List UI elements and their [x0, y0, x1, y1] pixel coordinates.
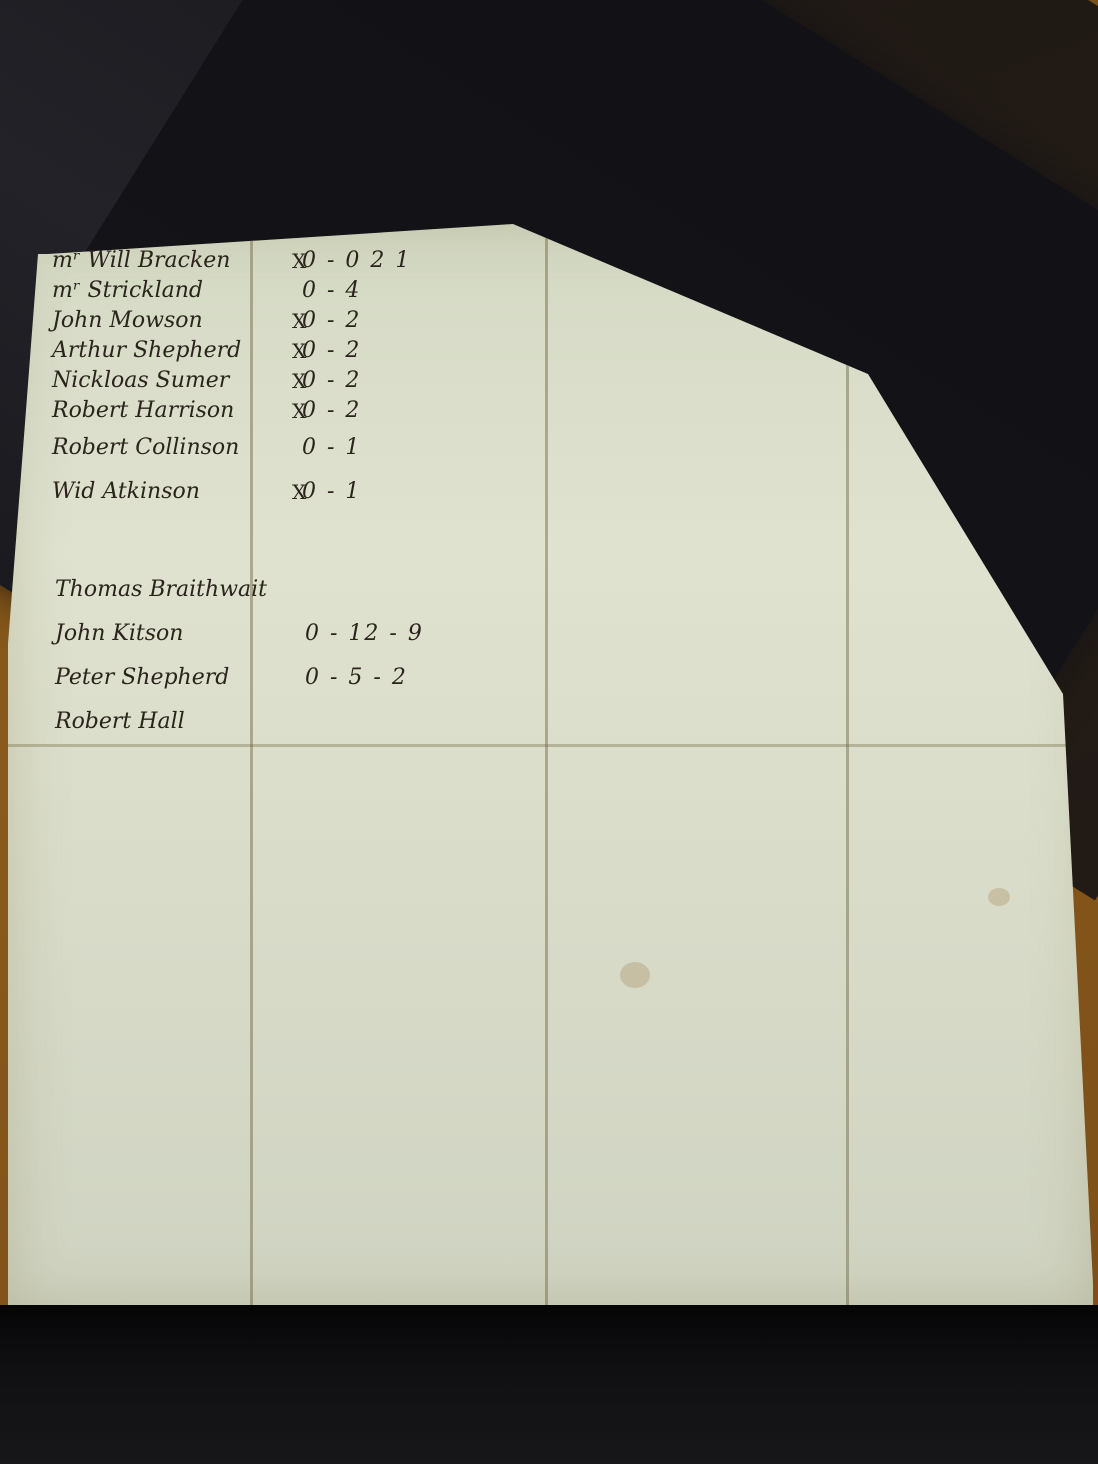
entry-name: Wid Atkinson — [52, 470, 200, 514]
entry-amount: 0 - 2 — [302, 336, 361, 366]
fold-line-vertical-2 — [545, 224, 548, 1309]
entry-amount: 0 - 4 — [302, 276, 361, 306]
ledger-section-1: mʳ Will Bracken X 0 - 0 2 1 mʳ Stricklan… — [52, 246, 512, 514]
fold-line-horizontal — [8, 744, 1093, 747]
paper-stain — [620, 962, 650, 988]
entry-name: Thomas Braithwait — [55, 568, 267, 612]
ledger-entry: mʳ Will Bracken X 0 - 0 2 1 — [52, 246, 512, 276]
photo-scene: mʳ Will Bracken X 0 - 0 2 1 mʳ Stricklan… — [0, 0, 1098, 1464]
entry-name: Nickloas Sumer — [52, 366, 229, 396]
ledger-entry: Arthur Shepherd X 0 - 2 — [52, 336, 512, 366]
entry-amount: 0 - 1 — [302, 470, 361, 514]
ledger-entry: Robert Collinson 0 - 1 — [52, 426, 512, 470]
entry-amount: 0 - 12 - 9 — [305, 612, 424, 656]
ledger-entry: Robert Harrison X 0 - 2 — [52, 396, 512, 426]
foam-support-bottom — [0, 1305, 1098, 1464]
fold-line-vertical-3 — [846, 224, 849, 1309]
entry-amount: 0 - 5 - 2 — [305, 656, 408, 700]
paper-stain — [988, 888, 1010, 906]
ledger-section-2: Thomas Braithwait John Kitson 0 - 12 - 9… — [55, 568, 535, 744]
ledger-entry: Nickloas Sumer X 0 - 2 — [52, 366, 512, 396]
ledger-entry: John Kitson 0 - 12 - 9 — [55, 612, 535, 656]
entry-name: Arthur Shepherd — [52, 336, 241, 366]
entry-name: Robert Collinson — [52, 426, 239, 470]
entry-name: Peter Shepherd — [55, 656, 229, 700]
entry-amount: 0 - 2 — [302, 366, 361, 396]
ledger-entry: John Mowson X 0 - 2 — [52, 306, 512, 336]
ledger-entry: mʳ Strickland 0 - 4 — [52, 276, 512, 306]
entry-name: mʳ Strickland — [52, 276, 203, 306]
ledger-entry: Wid Atkinson X 0 - 1 — [52, 470, 512, 514]
entry-amount: 0 - 0 2 1 — [302, 246, 411, 276]
ledger-entry: Peter Shepherd 0 - 5 - 2 — [55, 656, 535, 700]
entry-amount: 0 - 2 — [302, 396, 361, 426]
entry-name: John Mowson — [52, 306, 203, 336]
entry-name: Robert Hall — [55, 700, 185, 744]
entry-name: Robert Harrison — [52, 396, 234, 426]
ledger-entry: Thomas Braithwait — [55, 568, 535, 612]
entry-amount: 0 - 2 — [302, 306, 361, 336]
entry-name: John Kitson — [55, 612, 183, 656]
entry-name: mʳ Will Bracken — [52, 246, 230, 276]
entry-amount: 0 - 1 — [302, 426, 361, 470]
ledger-entry: Robert Hall — [55, 700, 535, 744]
